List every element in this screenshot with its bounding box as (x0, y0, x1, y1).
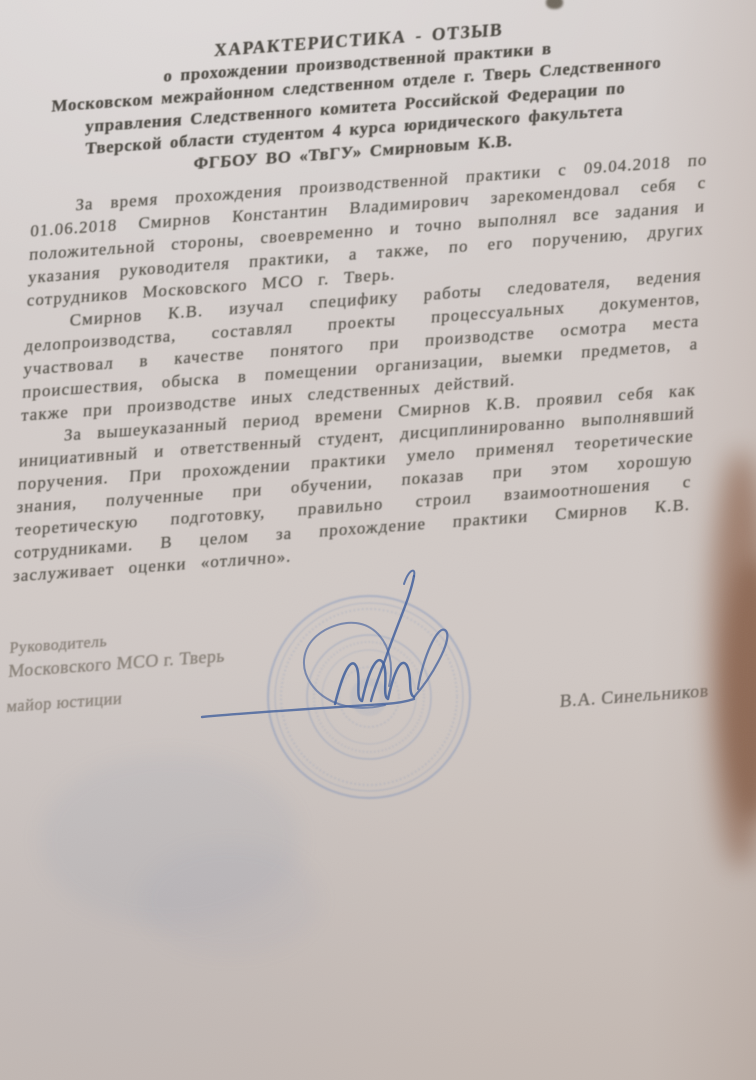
document-photo: ХАРАКТЕРИСТИКА - ОТЗЫВ о прохождении про… (0, 0, 756, 1080)
signer-name: В.А. Синельников (559, 680, 709, 712)
signature-ink-icon (185, 560, 475, 735)
document-body: За время прохождения производственной пр… (0, 149, 702, 590)
stamp-ghost-smudge (140, 845, 320, 955)
signer-rank: майор юстиции (6, 689, 123, 717)
